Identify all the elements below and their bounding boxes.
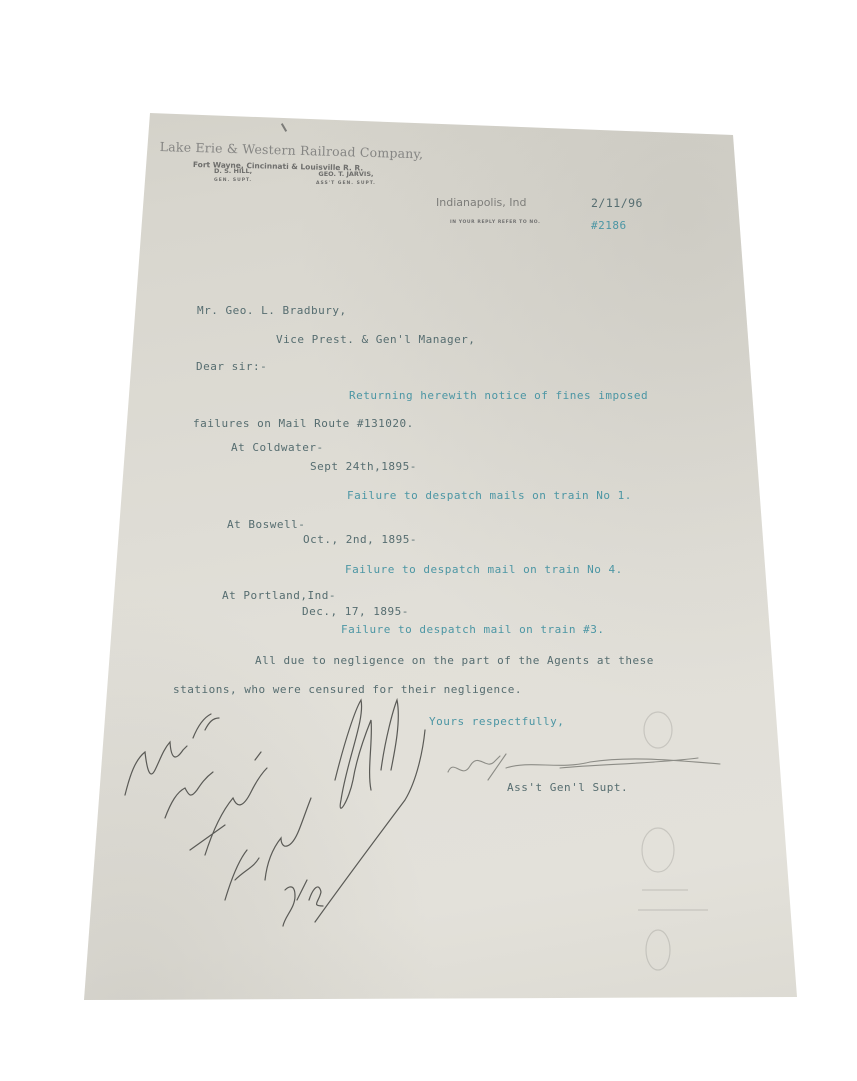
intro-line-2: failures on Mail Route #131020. <box>193 417 414 430</box>
officer-name: D. S. HILL, <box>214 167 252 175</box>
letterhead-city: Indianapolis, Ind <box>436 196 526 209</box>
incident-description: Failure to despatch mail on train No 4. <box>345 563 623 576</box>
letter-date: 2/11/96 <box>591 196 643 210</box>
closing-line-1: All due to negligence on the part of the… <box>255 654 654 667</box>
reverse-side-show-through <box>628 700 718 990</box>
handwritten-annotation <box>105 690 435 930</box>
officer-title: GEN. SUPT. <box>214 178 252 183</box>
incident-location: At Portland,Ind- <box>222 589 336 602</box>
complimentary-close: Yours respectfully, <box>429 715 564 728</box>
recipient-title: Vice Prest. & Gen'l Manager, <box>276 333 475 346</box>
reference-number: #2186 <box>591 219 627 232</box>
incident-date: Oct., 2nd, 1895- <box>303 533 417 546</box>
officer-name: GEO. T. JARVIS, <box>318 170 373 178</box>
letterhead-officer: GEO. T. JARVIS, ASS'T GEN. SUPT. <box>316 170 376 186</box>
incident-description: Failure to despatch mails on train No 1. <box>347 489 632 502</box>
incident-location: At Coldwater- <box>231 441 324 454</box>
incident-location: At Boswell- <box>227 518 305 531</box>
incident-date: Sept 24th,1895- <box>310 460 417 473</box>
letterhead-officer: D. S. HILL, GEN. SUPT. <box>214 167 252 183</box>
incident-date: Dec., 17, 1895- <box>302 605 409 618</box>
recipient-name: Mr. Geo. L. Bradbury, <box>197 304 347 317</box>
reply-reference-label: IN YOUR REPLY REFER TO NO. <box>450 220 540 225</box>
intro-line-1: Returning herewith notice of fines impos… <box>349 389 648 402</box>
officer-title: ASS'T GEN. SUPT. <box>316 181 376 186</box>
salutation: Dear sir:- <box>196 360 267 373</box>
incident-description: Failure to despatch mail on train #3. <box>341 623 605 636</box>
